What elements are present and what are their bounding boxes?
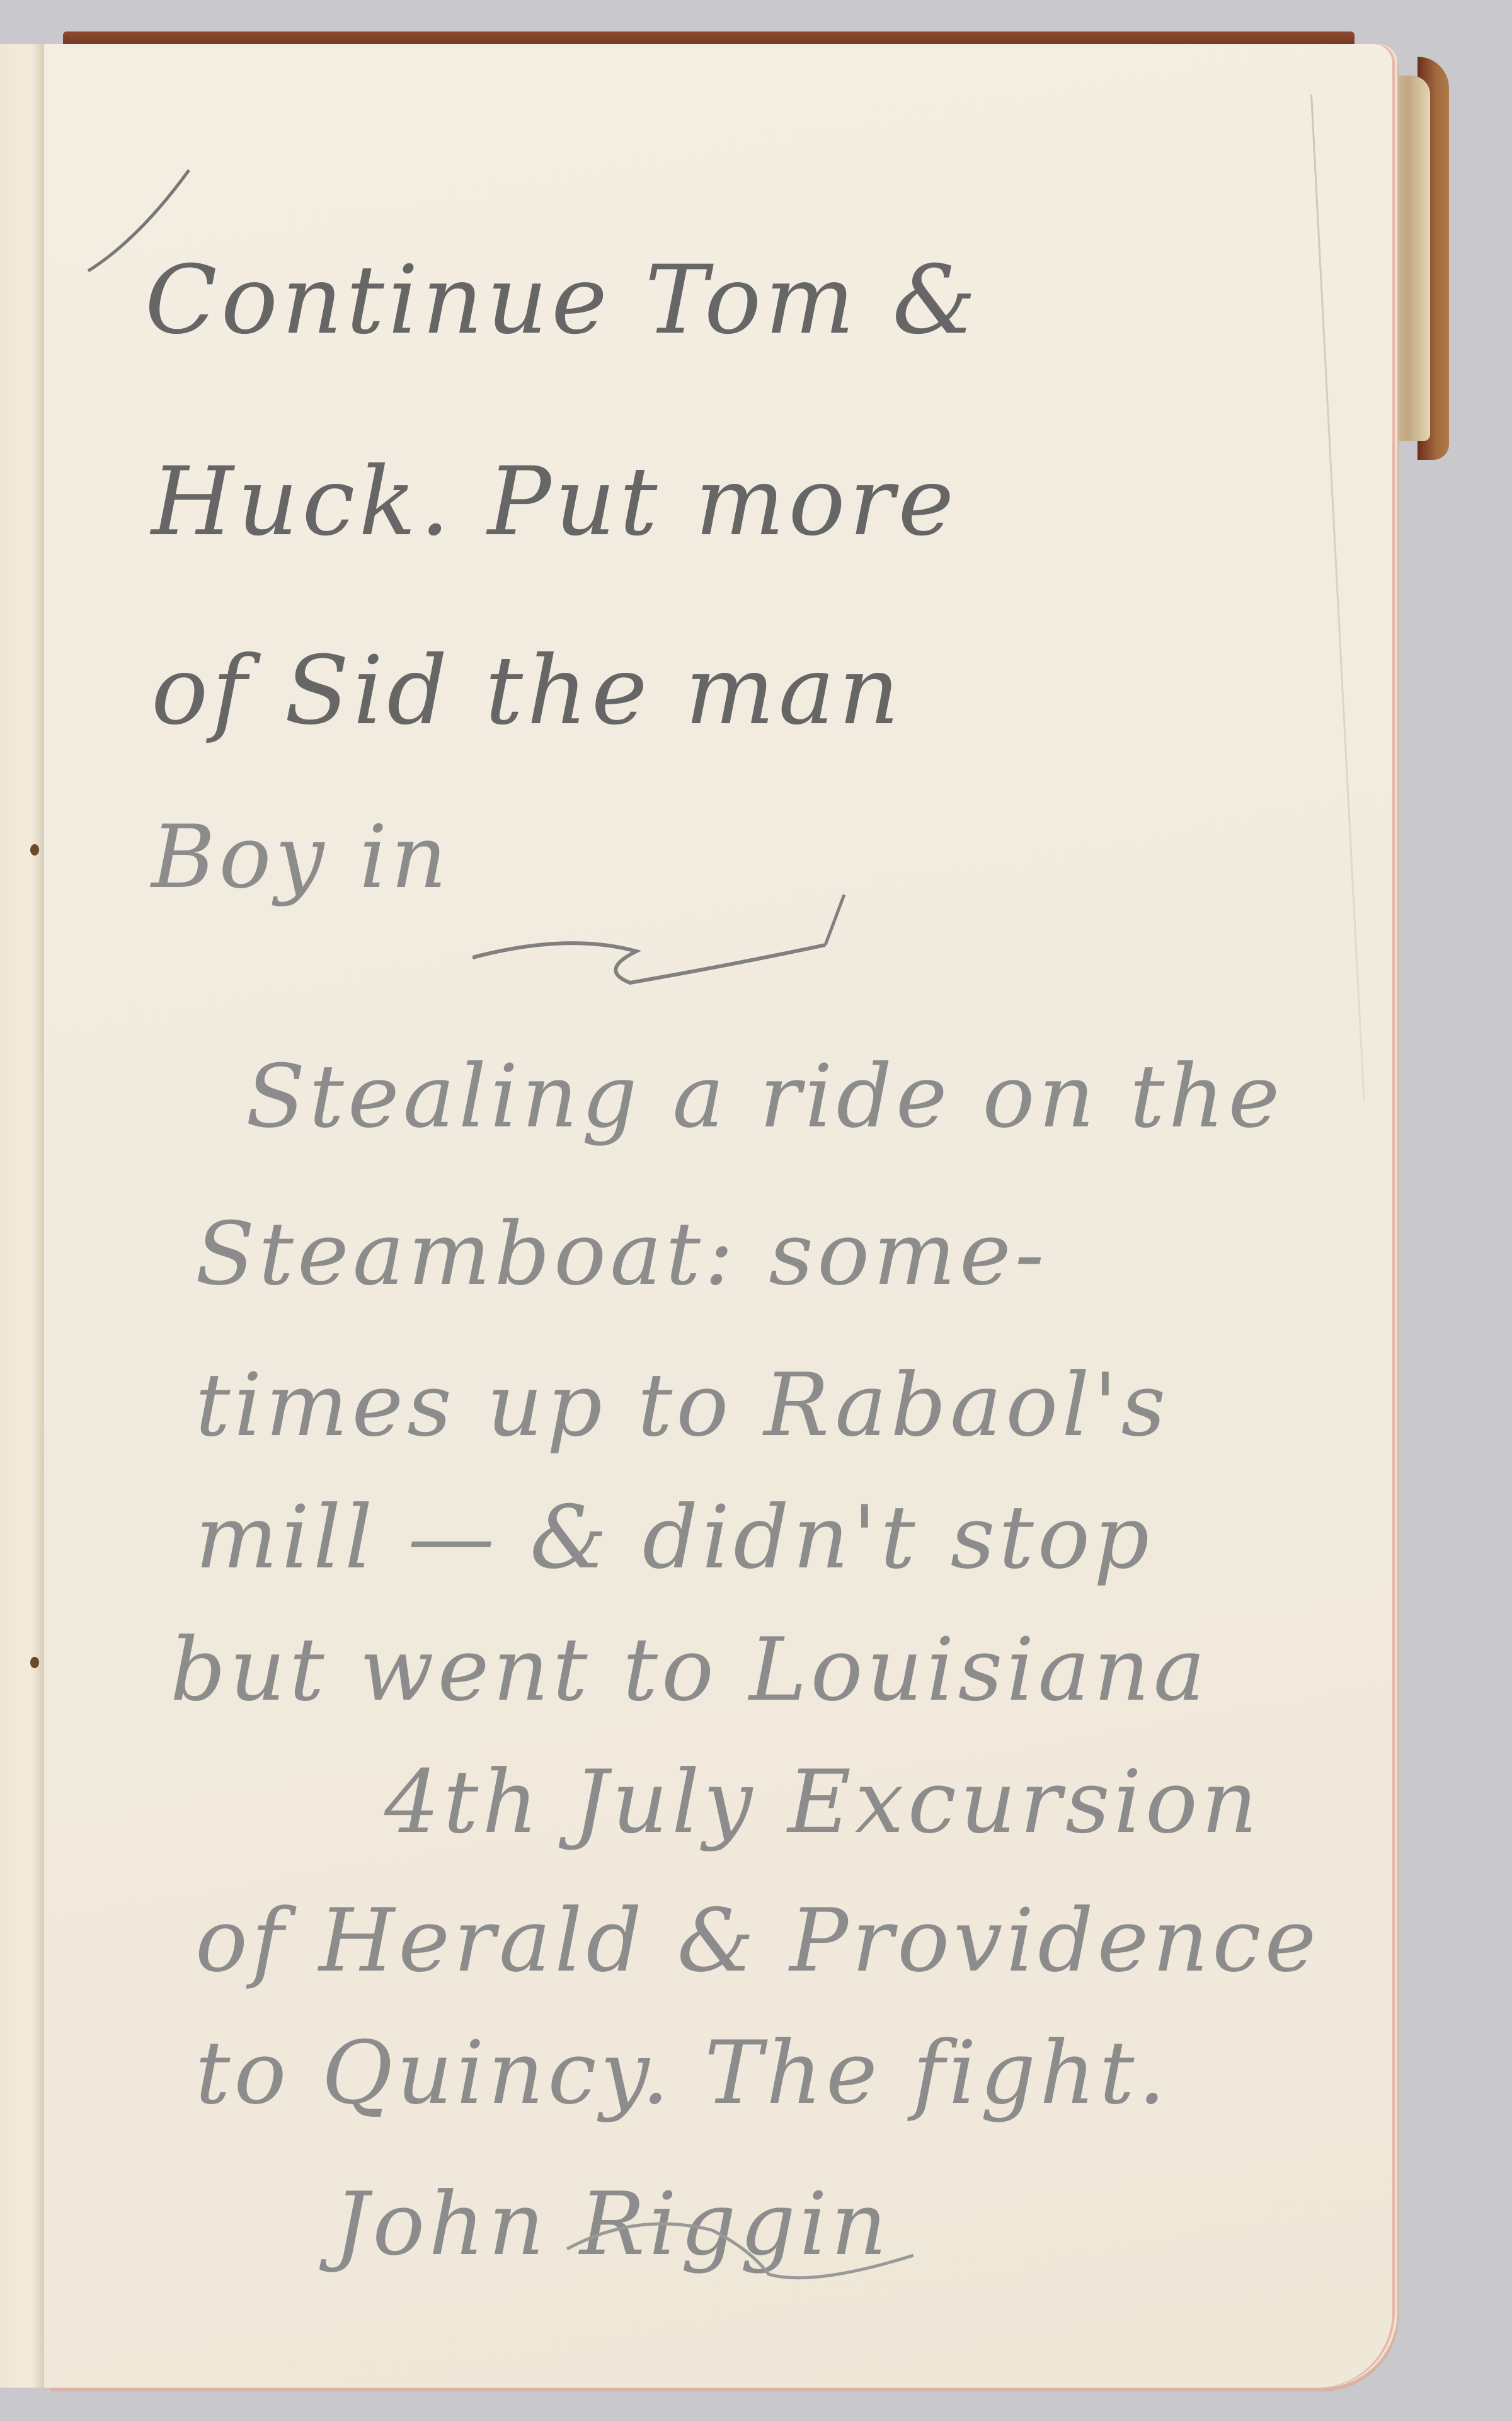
text-line: Huck. Put more [151,447,958,557]
facing-page-edge [0,44,45,2388]
notebook-page: Continue Tom & Huck. Put more of Sid the… [44,44,1392,2388]
text-line: Continue Tom & [145,246,980,355]
binding-hole [30,1657,39,1668]
binding-hole [30,844,39,856]
text-line: but went to Louisiana [170,1619,1209,1720]
page-edges [1386,76,1430,441]
text-line: Stealing a ride on the [246,1046,1283,1147]
text-line: of Herald & Providence [195,1890,1320,1991]
text-line: 4th July Excursion [384,1751,1261,1853]
text-line: Boy in [151,806,450,908]
page-tear [1310,94,1365,1101]
text-line: times up to Rabaol's [195,1354,1169,1456]
text-line: to Quincy. The fight. [195,2022,1169,2124]
text-line: of Sid the man [151,636,903,746]
end-flourish-mark [561,2211,939,2287]
text-line: mill — & didn't stop [195,1487,1153,1588]
text-line: Steamboat: some- [195,1203,1048,1305]
section-divider-mark [472,895,913,995]
